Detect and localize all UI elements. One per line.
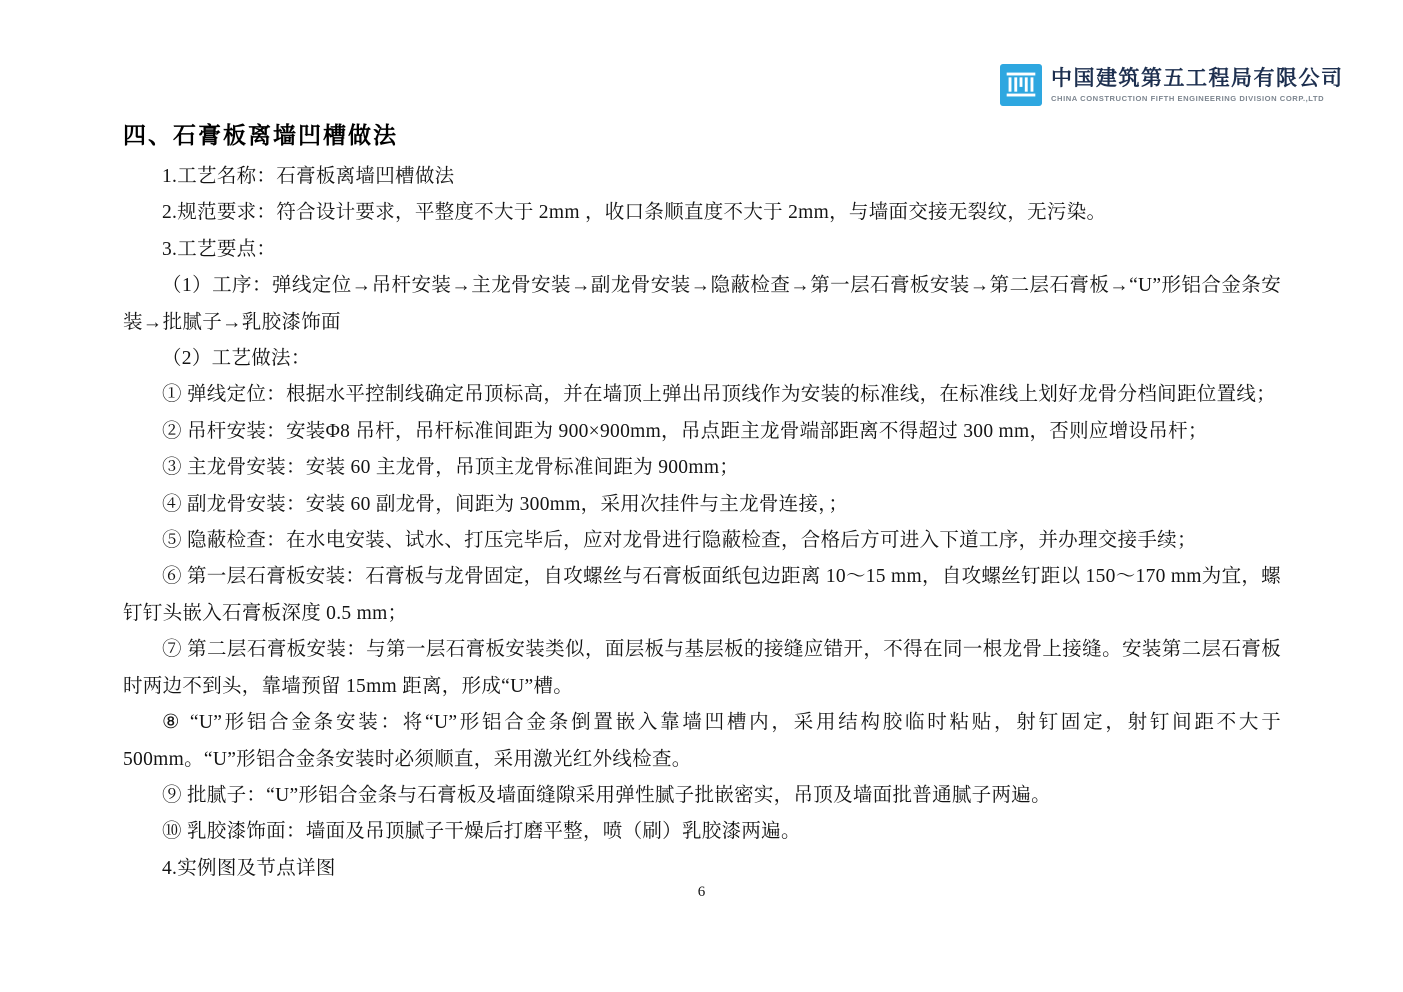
paragraph: 3.工艺要点：: [123, 232, 1281, 268]
paragraph: ⑦ 第二层石膏板安装：与第一层石膏板安装类似，面层板与基层板的接缝应错开，不得在…: [123, 632, 1281, 705]
paragraph: ⑤ 隐蔽检查：在水电安装、试水、打压完毕后，应对龙骨进行隐蔽检查，合格后方可进入…: [123, 523, 1281, 559]
company-name-en: CHINA CONSTRUCTION FIFTH ENGINEERING DIV…: [1051, 94, 1344, 103]
page-number: 6: [0, 884, 1403, 901]
company-name-cn: 中国建筑第五工程局有限公司: [1051, 67, 1344, 91]
document-body: 四、石膏板离墙凹槽做法 1.工艺名称：石膏板离墙凹槽做法2.规范要求：符合设计要…: [123, 117, 1281, 887]
paragraph: ① 弹线定位：根据水平控制线确定吊顶标高，并在墙顶上弹出吊顶线作为安装的标准线，…: [123, 377, 1281, 413]
paragraph: 1.工艺名称：石膏板离墙凹槽做法: [123, 159, 1281, 195]
paragraph: ⑨ 批腻子：“U”形铝合金条与石膏板及墙面缝隙采用弹性腻子批嵌密实，吊顶及墙面批…: [123, 778, 1281, 814]
company-header: 中国建筑第五工程局有限公司 CHINA CONSTRUCTION FIFTH E…: [1000, 64, 1344, 106]
company-name-block: 中国建筑第五工程局有限公司 CHINA CONSTRUCTION FIFTH E…: [1051, 67, 1344, 103]
paragraph: （2）工艺做法：: [123, 341, 1281, 377]
section-title: 四、石膏板离墙凹槽做法: [123, 117, 1281, 150]
cscec-logo-icon: [1000, 64, 1042, 106]
paragraph: （1）工序：弹线定位→吊杆安装→主龙骨安装→副龙骨安装→隐蔽检查→第一层石膏板安…: [123, 268, 1281, 341]
paragraph: ② 吊杆安装：安装Φ8 吊杆，吊杆标准间距为 900×900mm，吊点距主龙骨端…: [123, 414, 1281, 450]
paragraph: ③ 主龙骨安装：安装 60 主龙骨，吊顶主龙骨标准间距为 900mm；: [123, 450, 1281, 486]
paragraph-list: 1.工艺名称：石膏板离墙凹槽做法2.规范要求：符合设计要求，平整度不大于 2mm…: [123, 159, 1281, 887]
document-page: 中国建筑第五工程局有限公司 CHINA CONSTRUCTION FIFTH E…: [0, 0, 1403, 992]
paragraph: ④ 副龙骨安装：安装 60 副龙骨，间距为 300mm，采用次挂件与主龙骨连接，…: [123, 487, 1281, 523]
paragraph: 4.实例图及节点详图: [123, 851, 1281, 887]
paragraph: ⑧ “U”形铝合金条安装：将“U”形铝合金条倒置嵌入靠墙凹槽内，采用结构胶临时粘…: [123, 705, 1281, 778]
paragraph: ⑥ 第一层石膏板安装：石膏板与龙骨固定，自攻螺丝与石膏板面纸包边距离 10～15…: [123, 559, 1281, 632]
paragraph: 2.规范要求：符合设计要求，平整度不大于 2mm ，收口条顺直度不大于 2mm，…: [123, 195, 1281, 231]
paragraph: ⑩ 乳胶漆饰面：墙面及吊顶腻子干燥后打磨平整，喷（刷）乳胶漆两遍。: [123, 814, 1281, 850]
